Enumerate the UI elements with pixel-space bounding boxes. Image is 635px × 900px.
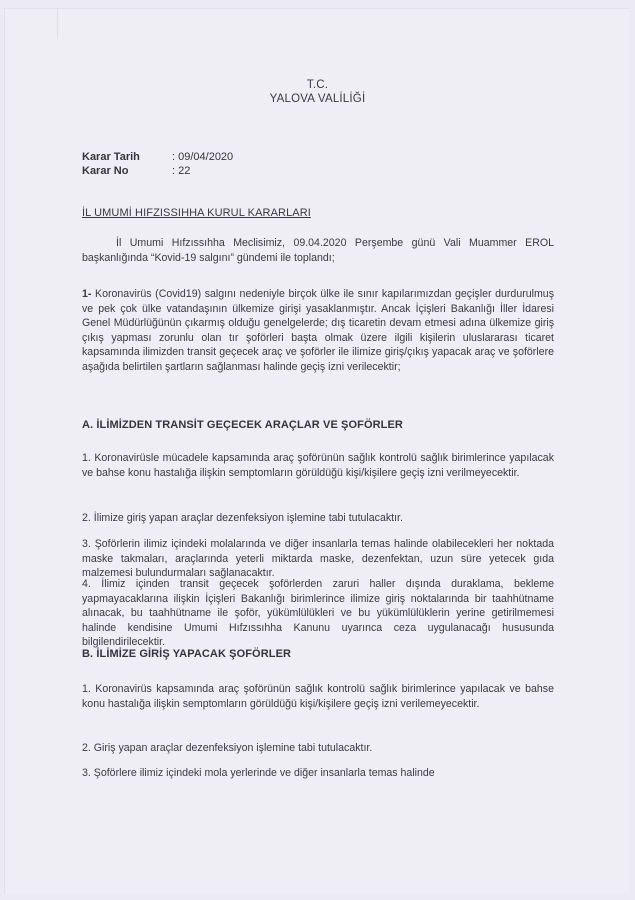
section-a-heading: A. İLİMİZDEN TRANSİT GEÇECEK ARAÇLAR VE …: [82, 419, 403, 431]
section-a-item-1: 1. Koronavirüsle mücadele kapsamında ara…: [82, 451, 554, 480]
decision-item-1: 1- Koronavirüs (Covid19) salgını nedeniy…: [82, 287, 554, 374]
section-b-heading: B. İLİMİZE GİRİŞ YAPACAK ŞOFÖRLER: [82, 648, 291, 660]
header-tc: T.C.: [0, 79, 635, 91]
decision-number-value: : 22: [172, 165, 190, 177]
document-title: İL UMUMİ HIFZISSIHHA KURUL KARARLARI: [82, 207, 311, 219]
decision-date-label: Karar Tarih: [82, 151, 172, 163]
decision-number-row: Karar No: 22: [82, 165, 190, 177]
decision-item-1-text: Koronavirüs (Covid19) salgını nedeniyle …: [82, 288, 554, 373]
section-b-item-2: 2. Giriş yapan araçlar dezenfeksiyon işl…: [82, 741, 554, 756]
section-b-item-3: 3. Şoförlere ilimiz içindeki mola yerler…: [82, 766, 554, 781]
section-a-item-4: 4. İlimiz içinden transit geçecek şoförl…: [82, 577, 554, 650]
decision-item-1-number: 1-: [82, 288, 91, 300]
section-b-item-1: 1. Koronavirüs kapsamında araç şoförünün…: [82, 682, 554, 711]
section-a-item-2: 2. İlimize giriş yapan araçlar dezenfeks…: [82, 511, 554, 526]
header-governorship: YALOVA VALİLİĞİ: [0, 93, 635, 105]
decision-number-label: Karar No: [82, 165, 172, 177]
decision-date-value: : 09/04/2020: [172, 151, 233, 163]
section-a-item-3: 3. Şoförlerin ilimiz içindeki molalarınd…: [82, 537, 554, 581]
decision-date-row: Karar Tarih: 09/04/2020: [82, 151, 233, 163]
intro-paragraph: İl Umumi Hıfzıssıhha Meclisimiz, 09.04.2…: [82, 236, 554, 265]
